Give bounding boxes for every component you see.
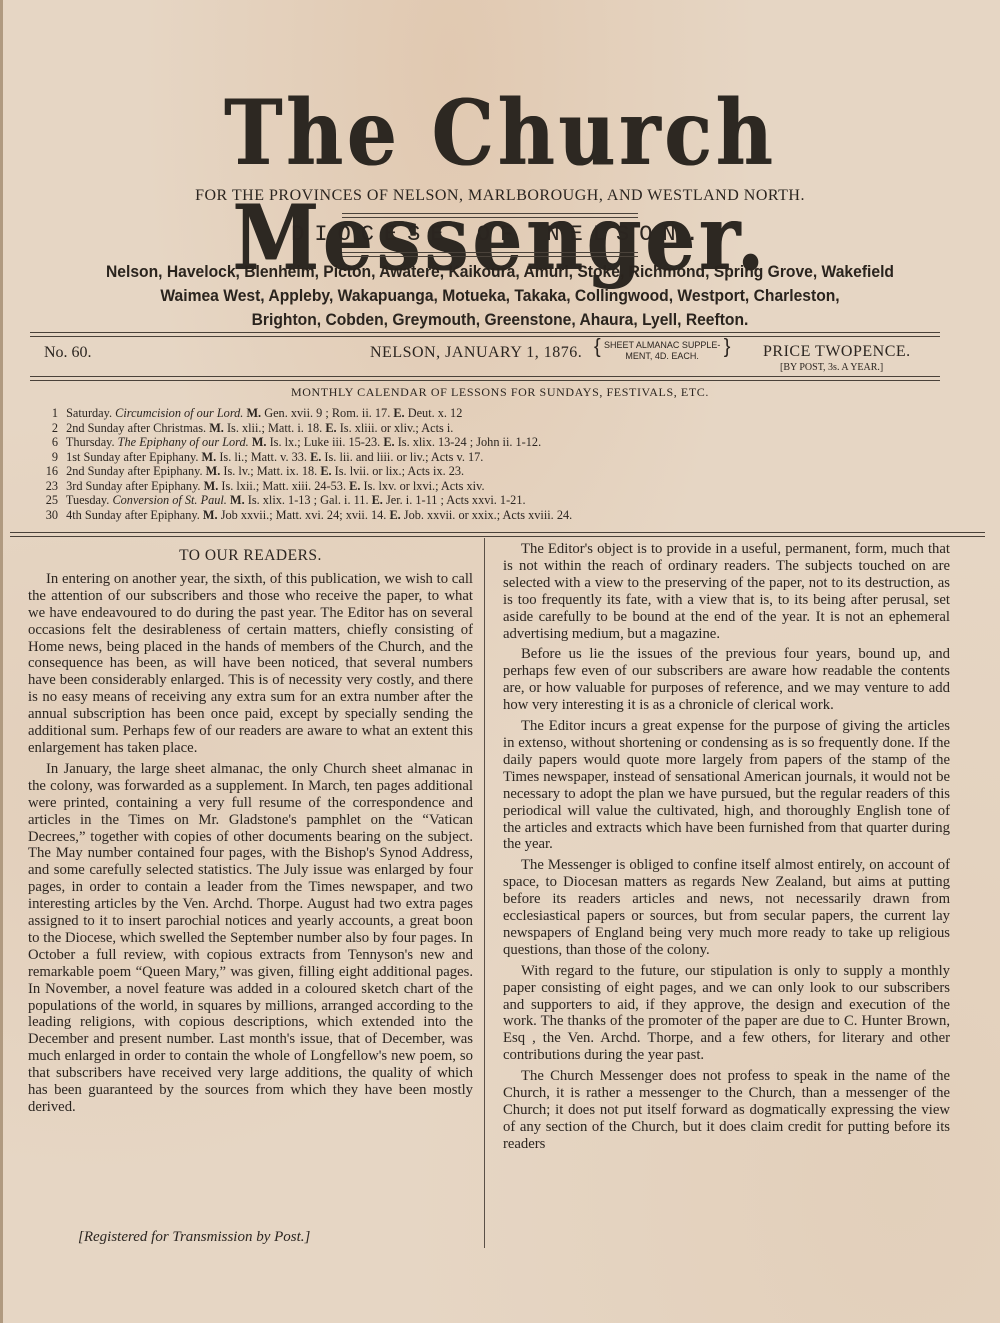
- morning-lessons: Job xxvii.; Matt. xvi. 24; xvii. 14.: [221, 508, 387, 522]
- article-paragraph: In entering on another year, the sixth, …: [28, 571, 473, 757]
- evening-label: E.: [383, 435, 394, 449]
- evening-label: E.: [310, 450, 321, 464]
- article-left-column: TO OUR READERS. In entering on another y…: [28, 548, 473, 1120]
- calendar-festival: Conversion of St. Paul.: [112, 493, 226, 507]
- morning-label: M.: [252, 435, 267, 449]
- evening-lessons: Is. xlix. 13-24 ; John ii. 1-12.: [398, 435, 541, 449]
- issue-date: NELSON, JANUARY 1, 1876.: [370, 344, 582, 362]
- evening-label: E.: [320, 464, 331, 478]
- calendar-row: 30 4th Sunday after Epiphany. M. Job xxv…: [42, 508, 942, 523]
- calendar-row: 1 Saturday. Circumcision of our Lord. M.…: [42, 406, 942, 421]
- places-list: Nelson, Havelock, Blenheim, Picton, Awat…: [68, 260, 933, 332]
- morning-label: M.: [246, 406, 261, 420]
- calendar-row: 9 1st Sunday after Epiphany. M. Is. li.;…: [42, 450, 942, 465]
- rule-divider: [342, 252, 638, 253]
- calendar-day-name: Tuesday.: [66, 493, 110, 507]
- article-paragraph: With regard to the future, our stipulati…: [503, 963, 950, 1064]
- morning-label: M.: [209, 421, 224, 435]
- evening-lessons: Is. lii. and liii. or liv.; Acts v. 17.: [324, 450, 483, 464]
- morning-lessons: Is. xlii.; Matt. i. 18.: [227, 421, 322, 435]
- article-paragraph: The Messenger is obliged to confine itse…: [503, 857, 950, 958]
- supplement-line: SHEET ALMANAC SUPPLE-: [604, 340, 720, 350]
- calendar-day-name: 2nd Sunday after Epiphany.: [66, 464, 202, 478]
- calendar-title: MONTHLY CALENDAR OF LESSONS FOR SUNDAYS,…: [0, 385, 1000, 400]
- morning-lessons: Is. lv.; Matt. ix. 18.: [223, 464, 317, 478]
- price: PRICE TWOPENCE.: [763, 343, 911, 361]
- newspaper-page: The Church Messenger. FOR THE PROVINCES …: [0, 0, 1000, 1323]
- calendar-table: 1 Saturday. Circumcision of our Lord. M.…: [42, 406, 942, 522]
- calendar-day: 30: [42, 508, 58, 523]
- masthead-subtitle: FOR THE PROVINCES OF NELSON, MARLBOROUGH…: [0, 187, 1000, 205]
- morning-label: M.: [202, 450, 217, 464]
- places-line: Waimea West, Appleby, Wakapuanga, Motuek…: [68, 284, 933, 308]
- calendar-day: 9: [42, 450, 58, 465]
- morning-label: M.: [230, 493, 245, 507]
- article-heading: TO OUR READERS.: [28, 548, 473, 565]
- places-line: Brighton, Cobden, Greymouth, Greenstone,…: [68, 308, 933, 332]
- article-right-column: The Editor's object is to provide in a u…: [503, 541, 950, 1157]
- calendar-festival: Circumcision of our Lord.: [115, 406, 243, 420]
- calendar-day-name: Saturday.: [66, 406, 112, 420]
- calendar-day-name: 2nd Sunday after Christmas.: [66, 421, 206, 435]
- calendar-row: 25 Tuesday. Conversion of St. Paul. M. I…: [42, 493, 942, 508]
- morning-label: M.: [203, 508, 218, 522]
- calendar-day: 25: [42, 493, 58, 508]
- morning-label: M.: [204, 479, 219, 493]
- rule-divider: [10, 532, 985, 533]
- dateline: No. 60. NELSON, JANUARY 1, 1876. SHEET A…: [30, 340, 940, 376]
- morning-lessons: Is. li.; Matt. v. 33.: [219, 450, 307, 464]
- evening-label: E.: [372, 493, 383, 507]
- calendar-day-name: 1st Sunday after Epiphany.: [66, 450, 198, 464]
- evening-lessons: Jer. i. 1-11 ; Acts xxvi. 1-21.: [386, 493, 526, 507]
- article-paragraph: The Editor incurs a great expense for th…: [503, 718, 950, 853]
- article-paragraph: Before us lie the issues of the previous…: [503, 646, 950, 714]
- rule-divider: [342, 213, 638, 214]
- column-divider: [484, 538, 485, 1248]
- evening-label: E.: [349, 479, 360, 493]
- morning-lessons: Is. xlix. 1-13 ; Gal. i. 11.: [248, 493, 369, 507]
- calendar-day: 2: [42, 421, 58, 436]
- calendar-day-name: 3rd Sunday after Epiphany.: [66, 479, 200, 493]
- article-paragraph: The Editor's object is to provide in a u…: [503, 541, 950, 642]
- evening-lessons: Is. lvii. or lix.; Acts ix. 23.: [335, 464, 464, 478]
- issue-number: No. 60.: [44, 344, 92, 362]
- registered-notice: [Registered for Transmission by Post.]: [78, 1229, 310, 1246]
- calendar-row: 16 2nd Sunday after Epiphany. M. Is. lv.…: [42, 464, 942, 479]
- evening-label: E.: [393, 406, 404, 420]
- diocese-heading: DIOCESE OF NELSON.: [0, 222, 1000, 247]
- rule-divider: [30, 332, 940, 333]
- calendar-day: 6: [42, 435, 58, 450]
- places-line: Nelson, Havelock, Blenheim, Picton, Awat…: [68, 260, 933, 284]
- evening-lessons: Is. lxv. or lxvi.; Acts xiv.: [363, 479, 484, 493]
- post-price: [BY POST, 3s. A YEAR.]: [780, 362, 883, 373]
- article-paragraph: The Church Messenger does not profess to…: [503, 1068, 950, 1153]
- calendar-day: 16: [42, 464, 58, 479]
- supplement-note: SHEET ALMANAC SUPPLE- MENT, 4D. EACH.: [596, 340, 728, 362]
- calendar-row: 2 2nd Sunday after Christmas. M. Is. xli…: [42, 421, 942, 436]
- evening-label: E.: [325, 421, 336, 435]
- rule-divider: [30, 376, 940, 377]
- calendar-row: 23 3rd Sunday after Epiphany. M. Is. lxi…: [42, 479, 942, 494]
- morning-label: M.: [206, 464, 221, 478]
- calendar-festival: The Epiphany of our Lord.: [118, 435, 249, 449]
- calendar-day-name: 4th Sunday after Epiphany.: [66, 508, 200, 522]
- calendar-day: 1: [42, 406, 58, 421]
- evening-lessons: Is. xliii. or xliv.; Acts i.: [340, 421, 454, 435]
- calendar-day-name: Thursday.: [66, 435, 115, 449]
- evening-label: E.: [389, 508, 400, 522]
- calendar-row: 6 Thursday. The Epiphany of our Lord. M.…: [42, 435, 942, 450]
- evening-lessons: Deut. x. 12: [408, 406, 463, 420]
- morning-lessons: Gen. xvii. 9 ; Rom. ii. 17.: [264, 406, 390, 420]
- morning-lessons: Is. lx.; Luke iii. 15-23.: [270, 435, 381, 449]
- calendar-day: 23: [42, 479, 58, 494]
- article-paragraph: In January, the large sheet almanac, the…: [28, 761, 473, 1116]
- evening-lessons: Job. xxvii. or xxix.; Acts xviii. 24.: [404, 508, 572, 522]
- supplement-line: MENT, 4D. EACH.: [625, 351, 699, 361]
- morning-lessons: Is. lxii.; Matt. xiii. 24-53.: [221, 479, 346, 493]
